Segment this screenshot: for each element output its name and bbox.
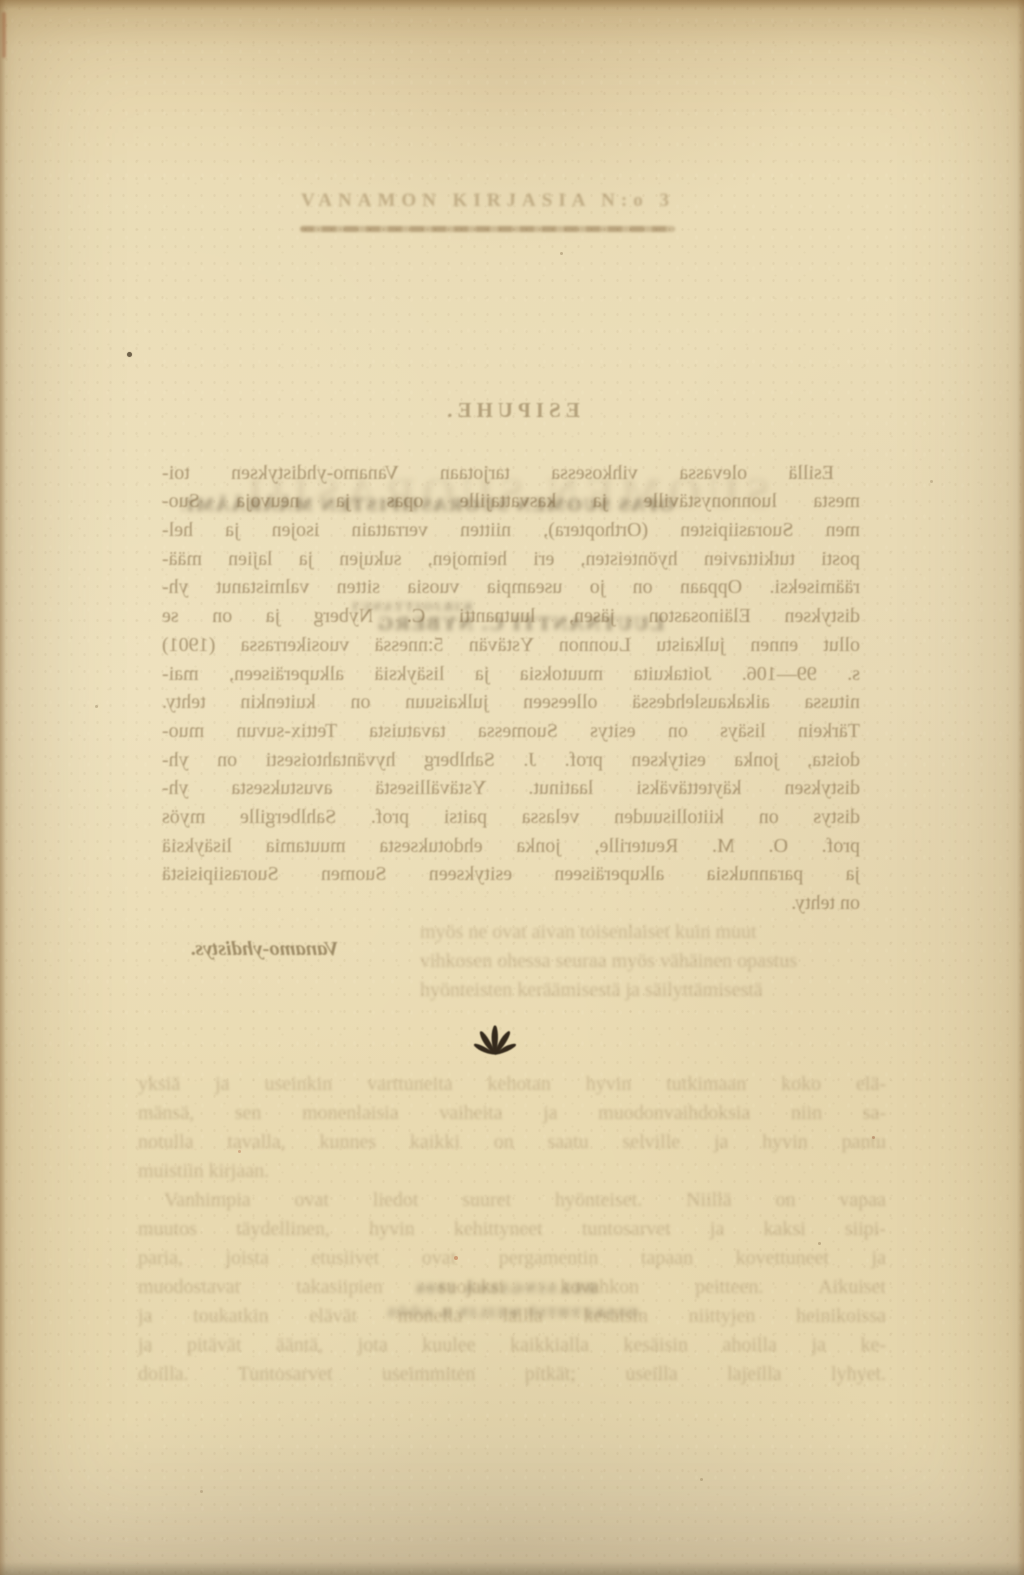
- preface-line: men Suorasiipisten (Orthoptera), niitten…: [162, 516, 860, 545]
- page-top-edge-shadow: [0, 0, 1024, 9]
- scanned-book-page: VANAMON KIRJASIA N:o 3 SUOMEN SUORASIIPI…: [0, 0, 1024, 1575]
- page-right-edge-shadow: [1017, 0, 1024, 1575]
- preface-line: räämiseksi. Oppaan on jo useampia vuosia…: [162, 573, 860, 602]
- bottom-smudge-line-1: HELSINGISSÄ 1906: [365, 1281, 597, 1298]
- foxing-speck: [560, 252, 563, 255]
- faint-line: mänsä, sen monenlaisia vaiheita ja muodo…: [138, 1099, 886, 1128]
- faint-line: doilla. Tuntosarvet useimmiten pitkät; u…: [138, 1360, 886, 1389]
- preface-line: Tärkein lisäys on esitys Suomessa tavatu…: [162, 717, 860, 746]
- preface-line: distys on kiitollisuuden velassa paitsi …: [162, 803, 860, 832]
- fan-fleuron-ornament: [460, 1017, 530, 1059]
- series-title-bleed: VANAMON KIRJASIA N:o 3: [262, 190, 714, 212]
- preface-line: on tehty.: [162, 889, 860, 918]
- preface-line: mesta luonnonystäville ja kasvattajille …: [162, 487, 860, 516]
- preface-line: posti tutkittavien hyönteisten, eri heim…: [162, 545, 860, 574]
- faint-line: Vanhimpia ovat liedot suuret hyönteiset.…: [138, 1186, 886, 1215]
- foxing-speck: [818, 1242, 821, 1245]
- preface-line: prof. O. M. Reuterille, jonka ehdotukses…: [162, 832, 860, 861]
- preface-line: ollut ennen julkaistu Luonnon Ystävän 5:…: [162, 631, 860, 660]
- mirrored-preface-bleed: ESIPUHE. Esillä olevassa vihkosessa tarj…: [162, 396, 860, 963]
- page-bottom-edge-shadow: [0, 1562, 1024, 1575]
- foxing-speck: [238, 1150, 241, 1153]
- preface-line: Esillä olevassa vihkosessa tarjotaan Van…: [162, 459, 860, 488]
- faint-line: yksiä ja useinkin varttuneita kehotan hy…: [138, 1070, 886, 1099]
- faint-bleed-block-right: myös ne ovat aivan toisenlaiset kuin muu…: [420, 918, 890, 1005]
- faint-line: hyönteisten keräämisestä ja säilyttämise…: [420, 976, 890, 1005]
- faint-line: myös ne ovat aivan toisenlaiset kuin muu…: [420, 918, 890, 947]
- preface-line: ja parannuksia alkuperäiseen esitykseen …: [162, 860, 860, 889]
- faint-line: notulla tavalla, kunnes kaikki on saatu …: [138, 1128, 886, 1157]
- preface-line: distyksen käytettäväksi laatinut. Ystävä…: [162, 774, 860, 803]
- faint-line: muistiin kirjaan.: [138, 1157, 886, 1186]
- faint-line: vihkosen ohessa seuraa myös vähäinen opa…: [420, 947, 890, 976]
- bottom-smudge-line-2: OSAKEYHTIÖ WEILIN & GÖÖS: [352, 1305, 638, 1321]
- faint-line: muutos täydellinen, hyvin kehittyneet tu…: [138, 1215, 886, 1244]
- foxing-speck: [930, 480, 933, 483]
- page-left-edge-shadow: [0, 0, 6, 1575]
- faint-bleed-block-lower: yksiä ja useinkin varttuneita kehotan hy…: [138, 1070, 886, 1389]
- preface-line: doista, jonka esityksen prof. J. Sahlber…: [162, 746, 860, 775]
- foxing-speck: [200, 1490, 203, 1493]
- preface-line: s. 99—106. Joitakuita muutoksia ja lisäy…: [162, 660, 860, 689]
- foxing-speck: [872, 1136, 875, 1139]
- foxing-speck: [454, 1256, 458, 1260]
- foxing-speck: [700, 1478, 703, 1481]
- foxing-speck: [127, 352, 132, 357]
- faint-line: ja pitävät ääntä, jota kuulee kaikkialla…: [138, 1331, 886, 1360]
- preface-heading-bleed: ESIPUHE.: [162, 396, 860, 425]
- series-title-rule: [300, 226, 675, 232]
- preface-line: distyksen Eläinosaston jäsen, luutnantti…: [162, 602, 860, 631]
- preface-line: nitussa aikakauslehdessä olleeseen julka…: [162, 688, 860, 717]
- foxing-speck: [95, 705, 98, 708]
- faint-line: paria, joista etusiivet ovat pergamentin…: [138, 1244, 886, 1273]
